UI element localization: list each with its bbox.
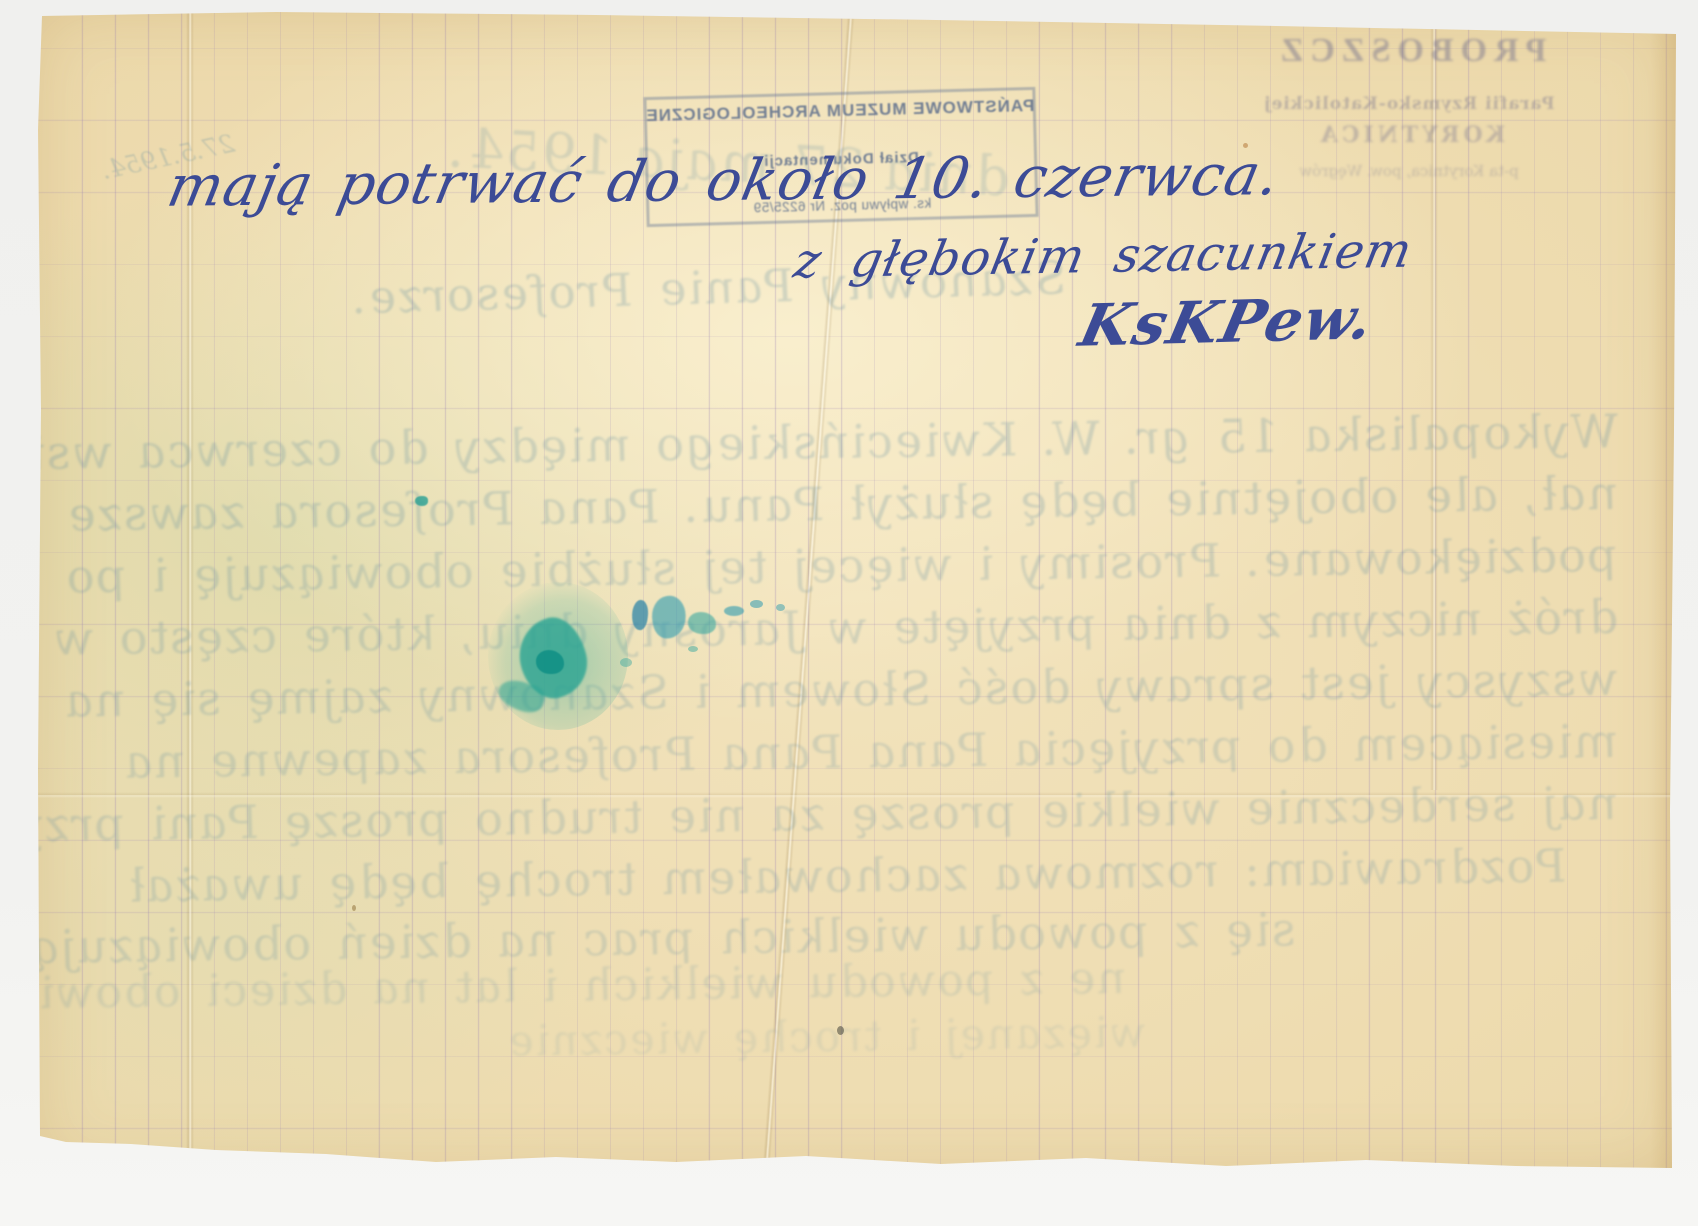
ink-splatter [776, 604, 785, 611]
handwriting-line1: mają potrwać do około 10. czerwca. [162, 142, 1286, 220]
letter-paper: PAŃSTWOWE MUZEUM ARCHEOLOGICZNE Dział Do… [36, 10, 1678, 1174]
crease-right [1430, 10, 1438, 790]
ink-splatter [688, 646, 698, 652]
scanned-letter: PAŃSTWOWE MUZEUM ARCHEOLOGICZNE Dział Do… [0, 0, 1698, 1226]
paper-speck [837, 1026, 844, 1035]
handwriting-closing: z głębokim szacunkiem [789, 223, 1417, 290]
paper-speck [352, 905, 356, 911]
crease-horizontal [36, 792, 1678, 798]
ink-splatter [750, 600, 763, 608]
ink-splatter [688, 612, 716, 634]
handwriting-signature: KsKPew. [1074, 284, 1382, 360]
ghost-stamp-line1: PAŃSTWOWE MUZEUM ARCHEOLOGICZNE [645, 96, 1034, 126]
ink-dot-small [415, 496, 428, 506]
paper-right-edge-shading [1650, 10, 1678, 1174]
ink-splatter [724, 606, 744, 616]
ink-stain-core-dark [536, 650, 564, 674]
ink-splatter [620, 658, 632, 667]
